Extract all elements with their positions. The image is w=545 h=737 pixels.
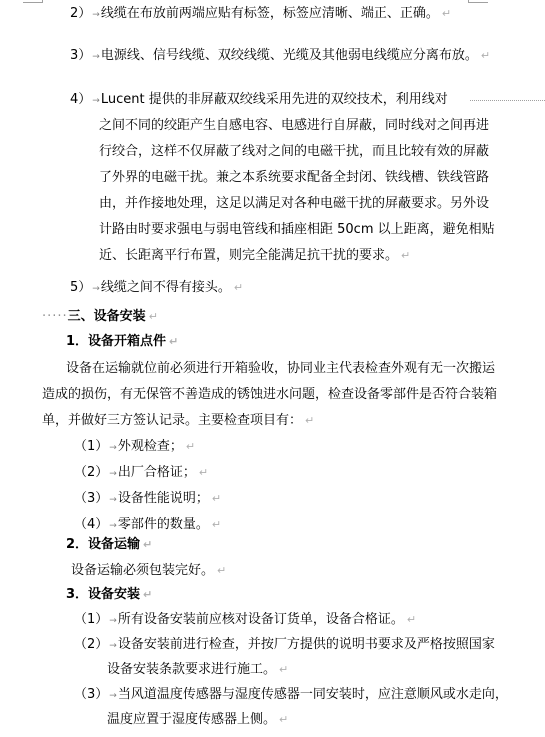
tab-arrow-icon: → bbox=[109, 641, 117, 651]
tab-arrow-icon: → bbox=[92, 10, 100, 20]
item-text: 线缆之间不得有接头。 bbox=[101, 280, 231, 295]
install-item: （1）→所有设备安装前应核对设备订货单，设备合格证。↵ bbox=[74, 612, 416, 629]
item-text: 设备性能说明； bbox=[118, 491, 209, 506]
item-number: （3） bbox=[74, 491, 108, 506]
item-number: 4） bbox=[70, 92, 91, 107]
install-item: （2）→设备安装前进行检查，并按厂方提供的说明书要求及严格按照国家 bbox=[74, 637, 495, 654]
item-text-line: 了外界的电磁干扰。兼之本系统要求配备全封闭、铁线槽、铁线管路 bbox=[99, 170, 489, 186]
paragraph-mark-icon: ↵ bbox=[279, 663, 288, 676]
paragraph-mark-icon: ↵ bbox=[279, 713, 288, 726]
paragraph-mark-icon: ↵ bbox=[212, 518, 221, 531]
item-text: 零部件的数量。 bbox=[118, 517, 209, 532]
list-item: 5）→线缆之间不得有接头。↵ bbox=[70, 280, 243, 297]
list-item: 4）→Lucent 提供的非屏蔽双绞线采用先进的双绞技术，利用线对 bbox=[70, 92, 448, 109]
paragraph-mark-icon: ↵ bbox=[169, 335, 178, 348]
subsection-heading: 1．设备开箱点件↵ bbox=[66, 334, 178, 350]
page-corner-mark-left bbox=[23, 0, 43, 3]
tab-arrow-icon: → bbox=[109, 521, 117, 531]
item-number: 2） bbox=[70, 6, 91, 21]
tab-arrow-icon: → bbox=[109, 469, 117, 479]
tab-arrow-icon: → bbox=[92, 52, 100, 62]
item-text-line: Lucent 提供的非屏蔽双绞线采用先进的双绞技术，利用线对 bbox=[101, 92, 448, 107]
check-item: （4）→零部件的数量。↵ bbox=[74, 517, 221, 534]
paragraph-mark-icon: ↵ bbox=[143, 538, 152, 551]
subsection-title: 2．设备运输 bbox=[66, 537, 140, 552]
paragraph-mark-icon: ↵ bbox=[143, 588, 152, 601]
item-text: 所有设备安装前应核对设备订货单，设备合格证。 bbox=[118, 612, 404, 627]
tab-arrow-icon: → bbox=[92, 96, 100, 106]
list-item: 2）→线缆在布放前两端应贴有标签，标签应清晰、端正、正确。↵ bbox=[70, 6, 451, 23]
paragraph-mark-icon: ↵ bbox=[481, 49, 490, 62]
section-title: 三、设备安装 bbox=[68, 309, 146, 324]
paragraph-text: 单，并做好三方签认记录。主要检查项目有： bbox=[42, 413, 302, 428]
item-text: 设备安装条款要求进行施工。 bbox=[107, 662, 276, 677]
paragraph-mark-icon: ↵ bbox=[212, 492, 221, 505]
paragraph-line: 设备在运输就位前必须进行开箱验收，协同业主代表检查外观有无一次搬运 bbox=[66, 361, 495, 377]
item-number: （4） bbox=[74, 517, 108, 532]
paragraph-mark-icon: ↵ bbox=[401, 249, 410, 262]
check-item: （1）→外观检查；↵ bbox=[74, 439, 195, 456]
item-text-line: 行绞合，这样不仅屏蔽了线对之间的电磁干扰，而且比较有效的屏蔽 bbox=[99, 144, 489, 160]
item-number: （3） bbox=[74, 687, 108, 702]
item-text: 温度应置于湿度传感器上侧。 bbox=[107, 712, 276, 727]
subsection-title: 1．设备开箱点件 bbox=[66, 334, 166, 349]
subsection-heading: 2．设备运输↵ bbox=[66, 537, 152, 553]
item-text: 外观检查； bbox=[118, 439, 183, 454]
item-text-line: 之间不同的绞距产生自感电容、电感进行自屏蔽，同时线对之间再进 bbox=[99, 118, 489, 134]
item-text-line: 由，并作接地处理，这足以满足对各种电磁干扰的屏蔽要求。另外设 bbox=[99, 196, 489, 212]
tab-arrow-icon: → bbox=[109, 495, 117, 505]
page-corner-mark-right bbox=[468, 0, 488, 3]
paragraph-mark-icon: ↵ bbox=[407, 613, 416, 626]
paragraph-line: 造成的损伤，有无保管不善造成的锈蚀进水问题，检查设备零部件是否符合装箱 bbox=[42, 387, 497, 403]
item-number: （1） bbox=[74, 439, 108, 454]
install-item: （3）→当风道温度传感器与湿度传感器一同安装时，应注意顺风或水走向， bbox=[74, 687, 508, 704]
check-item: （3）→设备性能说明；↵ bbox=[74, 491, 221, 508]
tab-arrow-icon: → bbox=[109, 443, 117, 453]
paragraph-text: 设备运输必须包装完好。 bbox=[71, 563, 214, 578]
paragraph-mark-icon: ↵ bbox=[217, 564, 226, 577]
tab-arrow-icon: → bbox=[109, 616, 117, 626]
item-number: （1） bbox=[74, 612, 108, 627]
item-text: 电源线、信号线缆、双绞线缆、光缆及其他弱电线缆应分离布放。 bbox=[101, 48, 478, 63]
item-number: 3） bbox=[70, 48, 91, 63]
paragraph-mark-icon: ↵ bbox=[305, 414, 314, 427]
item-number: 5） bbox=[70, 280, 91, 295]
tab-arrow-icon: → bbox=[109, 691, 117, 701]
item-number: （2） bbox=[74, 465, 108, 480]
leader-dots: ····· bbox=[42, 309, 68, 324]
item-text: 线缆在布放前两端应贴有标签，标签应清晰、端正、正确。 bbox=[101, 6, 439, 21]
section-heading: ·····三、设备安装↵ bbox=[42, 309, 158, 325]
item-continuation: 设备安装条款要求进行施工。↵ bbox=[107, 662, 288, 678]
paragraph-mark-icon: ↵ bbox=[199, 466, 208, 479]
subsection-title: 3．设备安装 bbox=[66, 587, 140, 602]
list-item: 3）→电源线、信号线缆、双绞线缆、光缆及其他弱电线缆应分离布放。↵ bbox=[70, 48, 490, 65]
paragraph-mark-icon: ↵ bbox=[186, 440, 195, 453]
check-item: （2）→出厂合格证；↵ bbox=[74, 465, 208, 482]
item-text: 近、长距离平行布置，则完全能满足抗干扰的要求。 bbox=[99, 248, 398, 263]
item-text: 设备安装前进行检查，并按厂方提供的说明书要求及严格按照国家 bbox=[118, 637, 495, 652]
item-text: 当风道温度传感器与湿度传感器一同安装时，应注意顺风或水走向， bbox=[118, 687, 508, 702]
paragraph-mark-icon: ↵ bbox=[234, 281, 243, 294]
subsection-heading: 3．设备安装↵ bbox=[66, 587, 152, 603]
item-continuation: 温度应置于湿度传感器上侧。↵ bbox=[107, 712, 288, 728]
paragraph-line: 设备运输必须包装完好。↵ bbox=[71, 563, 226, 579]
paragraph-mark-icon: ↵ bbox=[442, 7, 451, 20]
comment-leader-line bbox=[470, 100, 545, 101]
item-number: （2） bbox=[74, 637, 108, 652]
item-text: 出厂合格证； bbox=[118, 465, 196, 480]
paragraph-line: 单，并做好三方签认记录。主要检查项目有：↵ bbox=[42, 413, 314, 429]
tab-arrow-icon: → bbox=[92, 284, 100, 294]
item-text-line: 近、长距离平行布置，则完全能满足抗干扰的要求。↵ bbox=[99, 248, 410, 264]
item-text-line: 计路由时要求强电与弱电管线和插座相距 50cm 以上距离，避免相贴 bbox=[99, 222, 495, 238]
paragraph-mark-icon: ↵ bbox=[149, 310, 158, 323]
